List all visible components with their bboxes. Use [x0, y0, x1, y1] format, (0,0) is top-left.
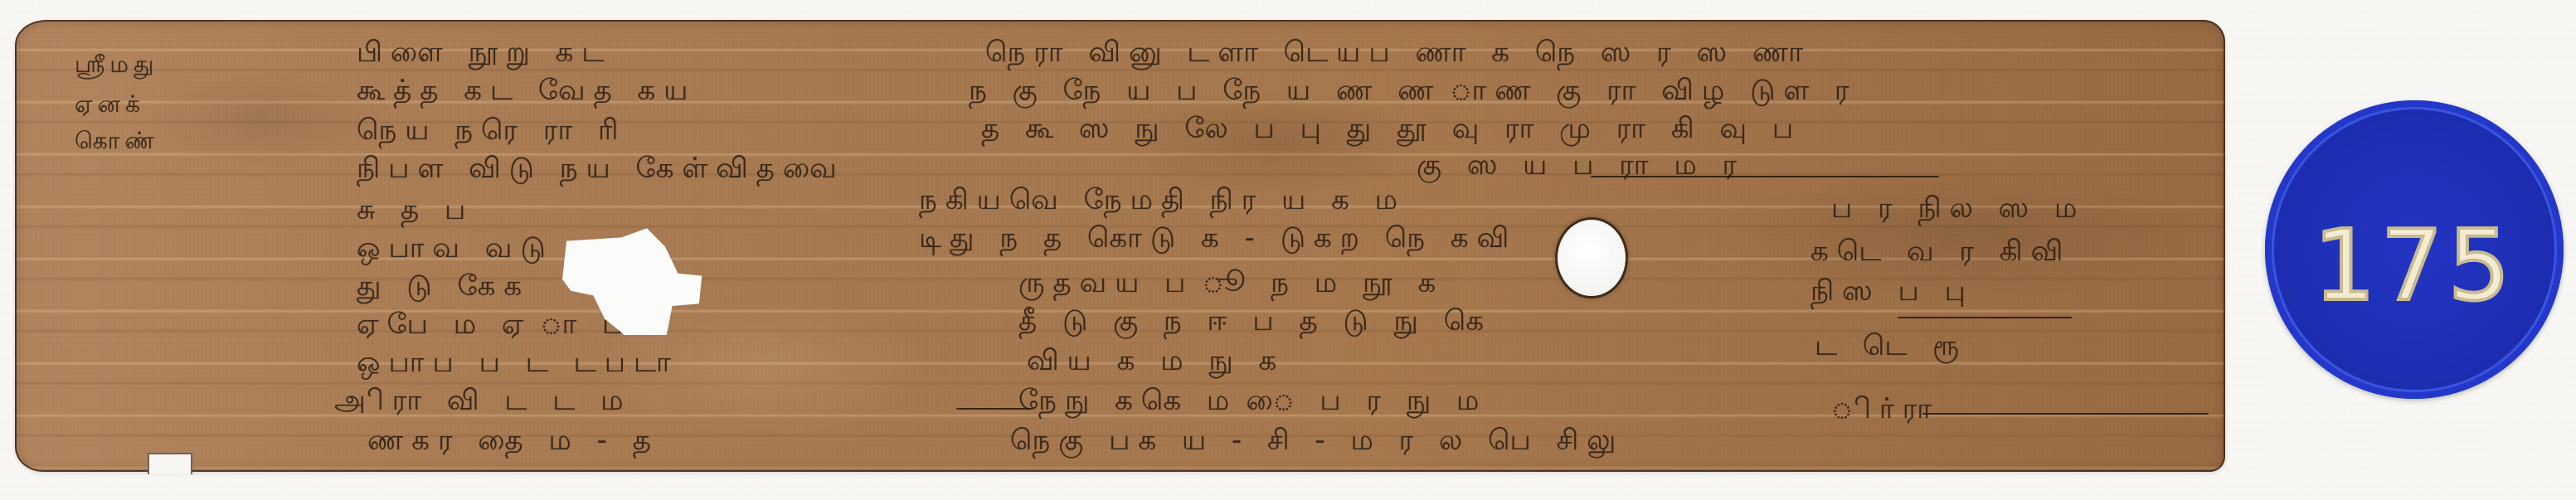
script-line: விய க ம நு க: [1027, 347, 1285, 375]
margin-line: கொண்: [75, 129, 159, 153]
script-line: கடெ வ ர கிவி: [1810, 237, 2071, 265]
script-line: தீ டு கு ந ஈ ப த டு நு கெ: [1018, 307, 1492, 335]
script-line: ஒபாப ப ட டபடா: [357, 348, 679, 376]
script-line: அிரா வி ட ட ம: [334, 386, 632, 415]
folio-number-tag: 175: [2265, 100, 2564, 399]
margin-line: ஸ்ரீமது: [75, 53, 158, 76]
script-line: ருதவய ப ூ ந ம நூ க: [1018, 269, 1444, 297]
script-line: ப ர நில ஸ ம: [1831, 194, 2085, 222]
script-line: நேநு ககெ ம ை ப ர நு ம: [1018, 386, 1487, 415]
script-line: கூத்த கட வேத கய: [357, 76, 696, 104]
script-line: ந கு நே ய ப நே ய ண ண ாண கு ரா விழ டுள ர: [969, 76, 1858, 104]
edge-notch: [148, 453, 192, 474]
script-line: ிர்ரா: [1831, 395, 1940, 423]
script-line: நிபள விடு நய கேள்விதவை: [357, 154, 845, 182]
script-line: ட டெ ரூ: [1815, 332, 1967, 360]
ruled-line: [1898, 317, 2072, 318]
script-line: சு த ப: [357, 196, 474, 224]
ruled-line: [956, 408, 1031, 410]
script-line: நெய நரெ ரா ரி: [357, 116, 627, 144]
round-binding-hole: [1558, 220, 1626, 296]
script-line: நெகு பக ய - சி - ம ர ல பெ சிலு: [1010, 426, 1624, 454]
margin-line: ஏனக்: [75, 93, 145, 116]
script-line: ணகர தை ம - த: [367, 426, 659, 454]
script-line: நகியவெ நேமதி நிர ய க ம: [919, 186, 1406, 214]
palm-leaf-folio: ஸ்ரீமது ஏனக் கொண் பிளை நூறு கட கூத்த கட …: [15, 20, 2225, 472]
script-line: டிது ந த கொடு க - டுகற நெ கவி: [919, 224, 1517, 252]
script-line: ஒபாவ வடு: [357, 234, 554, 262]
ruled-line: [1922, 413, 2209, 415]
script-line: நிஸ ப பு: [1810, 277, 1974, 305]
ruled-line: [1591, 176, 1939, 177]
script-line: து டு கேக: [357, 272, 530, 300]
folio-number: 175: [2265, 208, 2564, 323]
script-line: கு ஸ ய ப ரா ம ர: [1417, 151, 1745, 179]
script-line: நெரா வினு டளா டெயப ணா க நெ ஸ ர ஸ ணா: [985, 38, 1811, 66]
scan-background: ஸ்ரீமது ஏனக் கொண் பிளை நூறு கட கூத்த கட …: [0, 0, 2576, 500]
script-line: பிளை நூறு கட: [357, 38, 612, 66]
script-line: த கூ ஸ நு லே ப பு து தூ வு ரா மு ரா கி வ…: [981, 114, 1801, 143]
